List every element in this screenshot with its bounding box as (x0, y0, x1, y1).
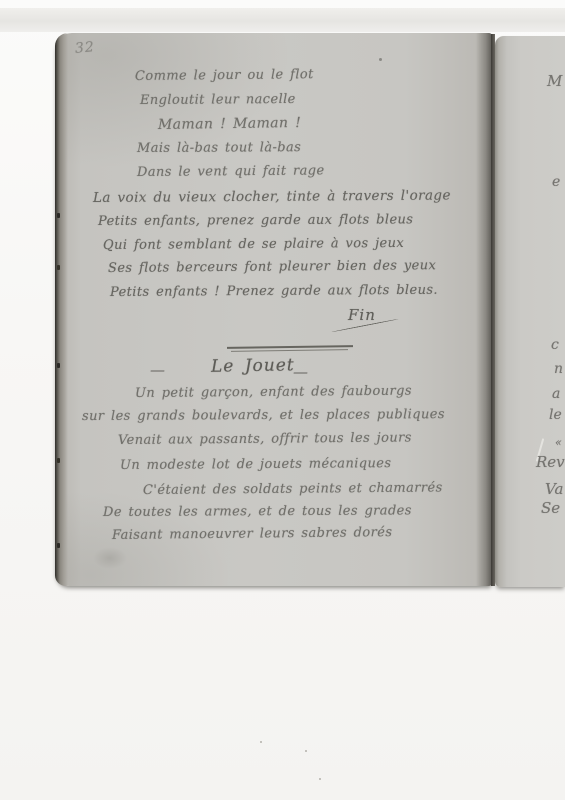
dust-speck (319, 778, 321, 780)
paper-stain (93, 547, 127, 569)
section-divider-second-stroke (231, 349, 348, 352)
handwritten-line: De toutes les armes, et de tous les grad… (103, 503, 412, 520)
handwritten-line: Venait aux passants, offrir tous les jou… (118, 430, 412, 448)
facing-fragment: le (549, 407, 562, 423)
dust-speck (260, 741, 262, 743)
section-divider (227, 345, 353, 348)
facing-fragment: « (555, 436, 562, 449)
handwritten-line: Petits enfants ! Prenez garde aux flots … (110, 283, 438, 300)
handwritten-line: Un modeste lot de jouets mécaniques (120, 456, 392, 473)
scanned-notebook-image: 32 Comme le jour ou le flot Engloutit le… (0, 0, 565, 800)
handwritten-line: Qui font semblant de se plaire à vos jeu… (103, 236, 404, 253)
title-dash-left: — (150, 361, 165, 379)
binding-spine (55, 33, 68, 586)
page-number: 32 (74, 39, 95, 57)
facing-fragment: a (552, 386, 560, 402)
handwritten-line: Mais là-bas tout là-bas (137, 140, 301, 156)
facing-fragment: c (551, 337, 559, 353)
handwritten-line: sur les grands boulevards, et les places… (82, 407, 445, 424)
facing-fragment: n (554, 361, 563, 377)
facing-page-sliver: M e c n a le « Rev Va Se (495, 36, 565, 587)
facing-fragment: Rev (536, 453, 565, 471)
facing-fragment: e (552, 174, 560, 190)
facing-fragment: M (547, 72, 562, 90)
title-dash-right: — (293, 363, 308, 381)
handwritten-line: Faisant manoeuvrer leurs sabres dorés (112, 525, 393, 543)
handwritten-line: Comme le jour ou le flot (135, 67, 314, 84)
scanner-shadow-band (0, 8, 565, 32)
handwritten-line: C'étaient des soldats peints et chamarré… (143, 480, 443, 498)
pencil-dot (379, 58, 382, 61)
handwritten-line: Petits enfants, prenez garde aux flots b… (98, 212, 413, 229)
handwritten-line: La voix du vieux clocher, tinte à traver… (93, 188, 451, 206)
notebook-page: 32 Comme le jour ou le flot Engloutit le… (55, 33, 492, 586)
facing-fragment: Se (541, 499, 560, 517)
binding-stitch-marks (57, 213, 60, 218)
handwritten-line: Un petit garçon, enfant des faubourgs (135, 384, 412, 401)
poem-title: Le Jouet (211, 355, 295, 376)
gutter-shading (476, 33, 492, 586)
dust-speck (305, 750, 307, 752)
fin-mark: Fin (348, 306, 376, 324)
handwritten-line: Dans le vent qui fait rage (137, 163, 325, 180)
handwritten-line: Maman ! Maman ! (158, 115, 301, 133)
handwritten-line: Ses flots berceurs font pleurer bien des… (108, 258, 436, 276)
handwritten-line: Engloutit leur nacelle (140, 92, 296, 108)
facing-fragment: Va (545, 480, 563, 498)
